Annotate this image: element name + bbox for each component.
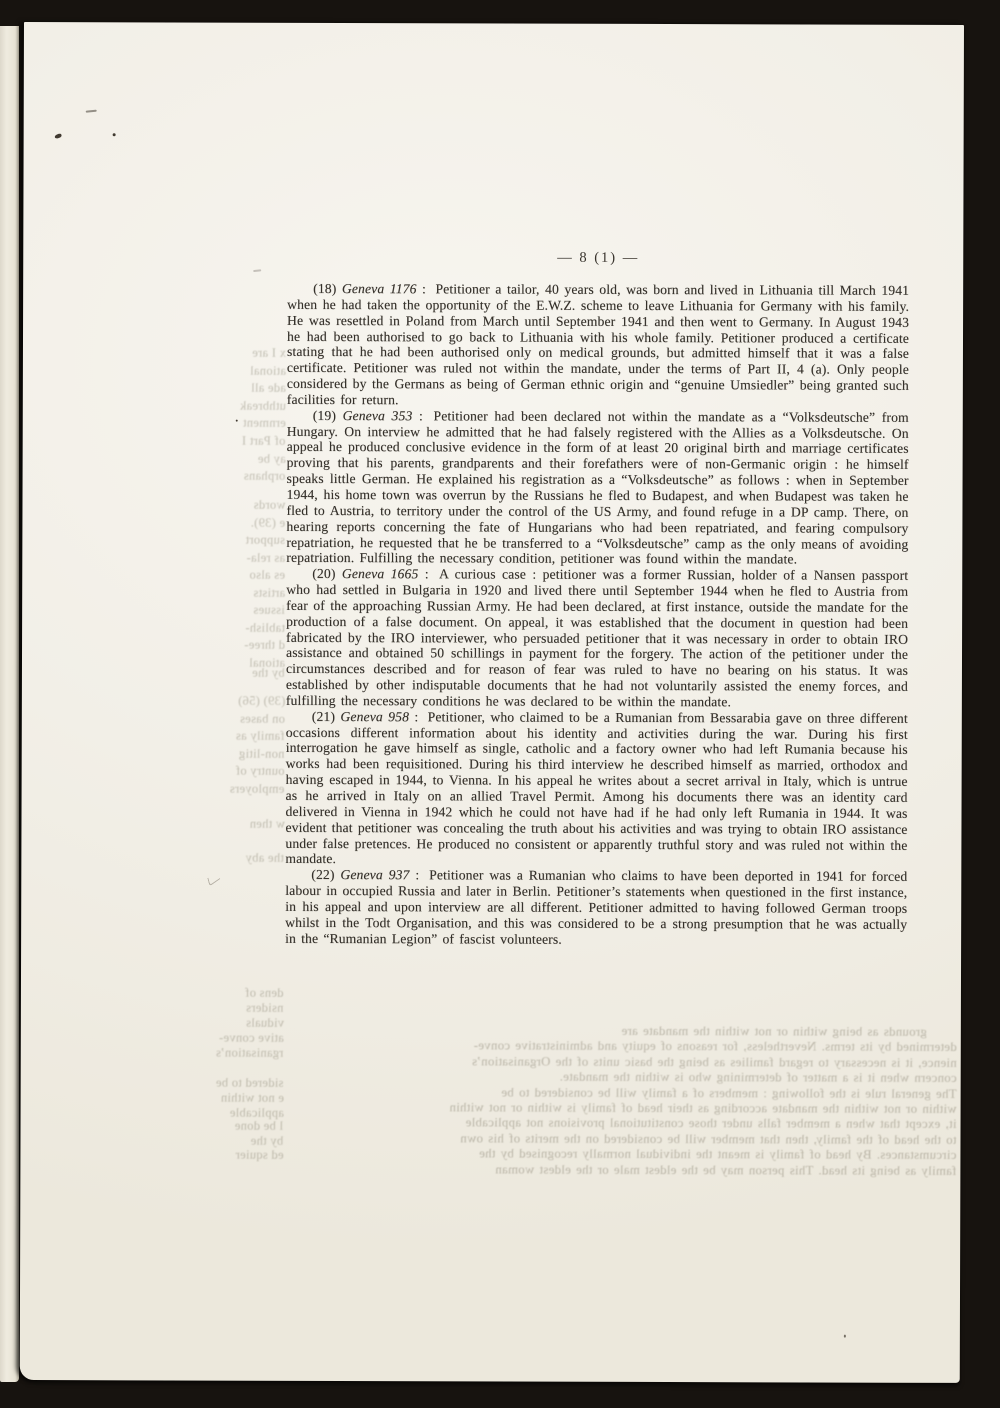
bleed-through-fragment: (39) (56) — [237, 694, 285, 709]
bleed-through-fragment: nsiders — [246, 1001, 284, 1016]
case-reference: Geneva 937 — [340, 867, 409, 882]
bleed-through-fragment: as rela- — [246, 551, 285, 566]
bleed-through-line: circumstances. By head of family is mean… — [396, 1146, 956, 1163]
bleed-through-line: The general rule is the following : memb… — [397, 1085, 957, 1102]
paragraph-number: (19) — [313, 408, 343, 423]
bleed-through-fragment: l be done — [235, 1119, 284, 1134]
bleed-through-fragment: ade all — [251, 381, 286, 396]
ink-speck — [844, 1335, 846, 1338]
bleed-through-fragment: sidered to be — [216, 1076, 284, 1091]
paragraph-number: (18) — [313, 281, 342, 296]
paragraph: (20) Geneva 1665 : A curious case : peti… — [286, 566, 908, 711]
ink-speck — [236, 420, 238, 422]
ink-speck — [86, 110, 97, 113]
document-paragraphs: (18) Geneva 1176 : Petitioner a tailor, … — [285, 281, 909, 948]
bleed-through-fragment: uthbreak — [240, 399, 286, 414]
bleed-through-line: to the head of the family, then that mem… — [396, 1131, 956, 1148]
bleed-through-fragment: by the — [251, 1134, 284, 1149]
bleed-through-fragment: w then — [249, 817, 285, 832]
bleed-through-fragment: the aby — [246, 851, 285, 866]
bleed-through-fragment: employers — [230, 782, 285, 797]
bleed-through-fragment: es also — [249, 568, 285, 583]
paragraph-number: (20) — [312, 566, 342, 581]
ink-speck — [207, 871, 220, 887]
bleed-through-fragment: ed squier — [235, 1148, 283, 1163]
bleed-through-fragment: ay be — [257, 452, 285, 467]
bleed-through-fragment: d three- — [244, 638, 285, 653]
bleed-through-fragment: on bases — [240, 712, 285, 727]
bleed-through-fragment: tablish- — [245, 621, 285, 636]
bleed-through-line: concern when it is a matter of determini… — [397, 1069, 957, 1086]
scan-background: { "page": { "number_header": "— 8 (1) —"… — [0, 0, 1000, 1408]
bleed-through-block: grounds as being within or not within th… — [396, 1023, 956, 1179]
page-number: — 8 (1) — — [287, 249, 909, 268]
bleed-through-fragment: rganisation’s — [216, 1046, 284, 1061]
bleed-through-fragment: x I are — [252, 346, 286, 361]
paragraph-text: Petitioner, who claimed to be a Rumanian… — [285, 709, 908, 866]
paragraph: (18) Geneva 1176 : Petitioner a tailor, … — [287, 281, 909, 410]
ink-speck — [253, 269, 261, 272]
bleed-through-line: it, except that when a member falls unde… — [397, 1116, 957, 1133]
bleed-through-line: determined by its terms. Nevertheless, f… — [397, 1039, 957, 1056]
bleed-through-fragment: issues — [253, 603, 285, 618]
bleed-through-fragment: ernment — [243, 416, 286, 431]
bleed-through-fragment: words — [253, 498, 285, 513]
bleed-through-fragment: ational — [250, 364, 286, 379]
bleed-through-fragment: by the — [252, 666, 285, 681]
paragraph-text: Petitioner a tailor, 40 years old, was b… — [287, 281, 909, 407]
bleed-through-fragment: orphans — [244, 469, 286, 484]
bleed-left: x I areationalade alluthbreakernmentof P… — [24, 22, 964, 25]
paragraph: (19) Geneva 353 : Petitioner had been de… — [286, 408, 908, 568]
paragraph: (22) Geneva 937 : Petitioner was a Ruman… — [285, 867, 907, 948]
bleed-through-line: within or not within the mandate accordi… — [397, 1100, 957, 1117]
case-reference: Geneva 1176 — [342, 281, 417, 296]
bleed-through-line: grounds as being within or not within th… — [397, 1023, 957, 1040]
paragraph-text: Petitioner had been declared not within … — [286, 408, 908, 567]
bleed-through-fragment: of Part I — [242, 434, 286, 449]
underlying-page-edge — [0, 26, 19, 1382]
ink-speck — [113, 133, 116, 136]
bleed-through-fragment: ative conve- — [219, 1031, 284, 1046]
bleed-through-fragment: viduals — [246, 1016, 284, 1031]
bleed-through-fragment: dens of — [245, 986, 284, 1001]
paragraph-number: (22) — [311, 867, 340, 882]
bleed-through-line: family as being its head. This person ma… — [396, 1162, 956, 1179]
case-reference: Geneva 958 — [340, 709, 409, 724]
bleed-through-fragment: support — [246, 533, 286, 548]
bleed-through-fragment: non-litig — [239, 747, 285, 762]
bleed-through-fragment: e (39). — [251, 516, 286, 531]
case-reference: Geneva 353 — [343, 408, 413, 423]
paragraph-number: (21) — [312, 709, 341, 724]
bleed-through-fragment: family as — [236, 729, 285, 744]
bleed-through-fragment: e not within — [220, 1091, 283, 1106]
scanned-page: — 8 (1) — (18) Geneva 1176 : Petitioner … — [20, 22, 964, 1383]
case-reference: Geneva 1665 — [342, 566, 419, 581]
paragraph: (21) Geneva 958 : Petitioner, who claime… — [285, 709, 907, 869]
bleed-through-line: nience, it is necessary to regard famili… — [397, 1054, 957, 1071]
bleed-through-fragment: artists — [253, 586, 285, 601]
ink-speck — [54, 133, 62, 139]
bleed-through-fragment: ountry of — [236, 764, 285, 779]
paragraph-text: A curious case : petitioner was a former… — [286, 566, 908, 709]
